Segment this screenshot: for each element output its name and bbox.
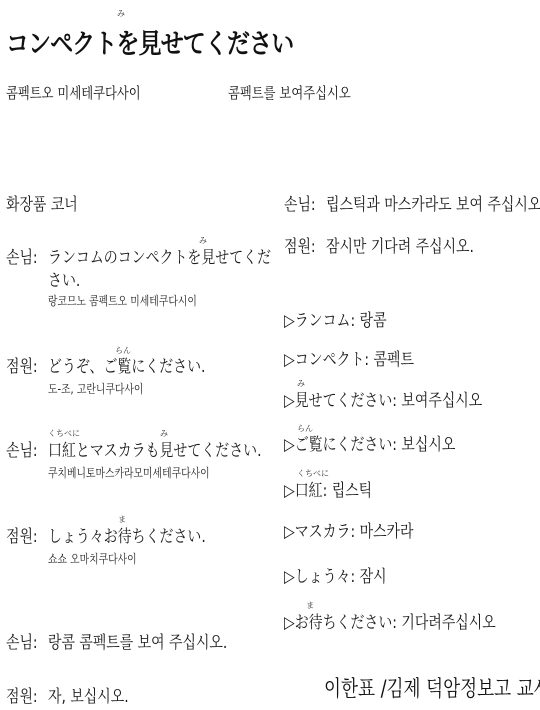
dialogue-line: 자, 보십시오. [48, 682, 129, 707]
dialogue-line: 잠시만 기다려 주십시오. [326, 232, 474, 257]
title-ruby: み [117, 8, 125, 19]
reading: 쿠치베니토마스카라모미세테쿠다사이 [48, 464, 210, 481]
author-credit: 이한표 /김제 덕암정보고 교사 [324, 672, 540, 703]
speaker-label: 손님: [284, 190, 316, 215]
page-title: コンペクトを見せてください [6, 22, 293, 61]
speaker-label: 점원: [6, 522, 38, 547]
dialogue-line: どうぞ、ご覧にください. [48, 352, 206, 377]
title-reading-japanese: 콤펙트오 미세테쿠다사이 [6, 82, 141, 103]
section-title: 화장품 코너 [6, 190, 78, 215]
dialogue-line: 口紅とマスカラも見せてください. [48, 436, 262, 461]
speaker-label: 손님: [6, 628, 38, 653]
speaker-label: 손님: [6, 436, 38, 461]
reading: 쇼쇼 오마치쿠다사이 [48, 550, 137, 567]
vocab-item: ▷ご覧にください: 보십시오 [284, 430, 455, 455]
speaker-label: 점원: [6, 682, 38, 707]
dialogue-line: ランコムのコンペクトを見せてくだ [48, 243, 271, 268]
dialogue-line-cont: さい. [48, 266, 80, 291]
vocab-item: ▷しょう々: 잠시 [284, 562, 387, 587]
vocab-item: ▷見せてください: 보여주십시오 [284, 386, 482, 411]
dialogue-line: 립스틱과 마스카라도 보여 주십시오. [326, 190, 540, 215]
vocab-item: ▷口紅: 립스틱 [284, 476, 372, 501]
vocab-item: ▷マスカラ: 마스카라 [284, 517, 413, 542]
vocab-item: ▷ランコム: 랑콤 [284, 306, 387, 331]
dialogue-line: しょう々お待ちください. [48, 522, 206, 547]
vocab-item: ▷コンペクト: 콤펙트 [284, 345, 414, 370]
reading: 도-조, 고란니쿠다사이 [48, 380, 143, 397]
speaker-label: 점원: [284, 232, 316, 257]
speaker-label: 손님: [6, 243, 38, 268]
title-reading-korean: 콤펙트를 보여주십시오 [228, 82, 351, 103]
vocab-item: ▷お待ちください: 기다려주십시오 [284, 608, 496, 633]
dialogue-line: 랑콤 콤펙트를 보여 주십시오. [48, 628, 227, 653]
speaker-label: 점원: [6, 352, 38, 377]
reading: 랑코므노 콤펙트오 미세테쿠다시이 [48, 292, 197, 309]
